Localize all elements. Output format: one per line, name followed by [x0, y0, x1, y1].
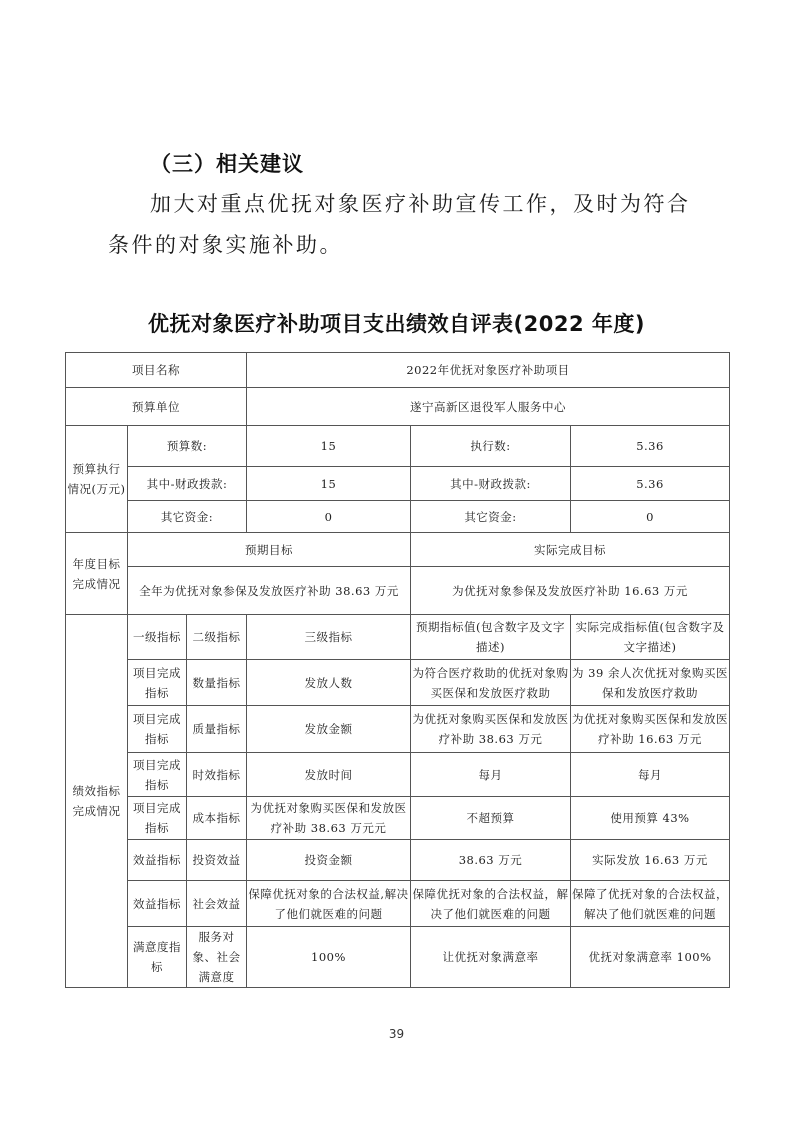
- indicator-row-quality: 项目完成指标 质量指标 发放金额 为优抚对象购买医保和发放医疗补助 38.63 …: [66, 706, 730, 753]
- indicator-row-cost: 项目完成指标 成本指标 为优抚对象购买医保和发放医疗补助 38.63 万元元 不…: [66, 797, 730, 840]
- actual-goal-header: 实际完成目标: [411, 533, 730, 567]
- level2: 社会效益: [187, 881, 247, 927]
- fiscal-exec-value: 5.36: [571, 467, 730, 501]
- level2: 时效指标: [187, 753, 247, 797]
- header-actual: 实际完成指标值(包含数字及文字描述): [571, 615, 730, 660]
- level2: 投资效益: [187, 840, 247, 881]
- level1: 项目完成指标: [128, 706, 187, 753]
- expected-value: 为优抚对象购买医保和发放医疗补助 38.63 万元: [411, 706, 571, 753]
- fiscal-budget-label: 其中-财政拨款:: [128, 467, 247, 501]
- budget-unit-row: 预算单位 遂宁高新区退役军人服务中心: [66, 388, 730, 426]
- budget-value: 15: [247, 426, 411, 467]
- indicator-row-satisfaction: 满意度指标 服务对象、社会满意度 100% 让优抚对象满意率 优抚对象满意率 1…: [66, 927, 730, 988]
- indicator-row-social: 效益指标 社会效益 保障优抚对象的合法权益,解决了他们就医难的问题 保障优抚对象…: [66, 881, 730, 927]
- performance-evaluation-table: 项目名称 2022年优抚对象医疗补助项目 预算单位 遂宁高新区退役军人服务中心 …: [65, 352, 730, 988]
- fiscal-budget-value: 15: [247, 467, 411, 501]
- expected-value: 38.63 万元: [411, 840, 571, 881]
- table-title: 优抚对象医疗补助项目支出绩效自评表(2022 年度): [0, 308, 793, 338]
- level3: 发放时间: [247, 753, 411, 797]
- actual-value: 实际发放 16.63 万元: [571, 840, 730, 881]
- other-exec-value: 0: [571, 501, 730, 533]
- execution-value: 5.36: [571, 426, 730, 467]
- indicator-row-quantity: 项目完成指标 数量指标 发放人数 为符合医疗救助的优抚对象购买医保和发放医疗救助…: [66, 660, 730, 706]
- annual-goal-header-row: 年度目标完成情况 预期目标 实际完成目标: [66, 533, 730, 567]
- other-budget-value: 0: [247, 501, 411, 533]
- indicator-header-row: 绩效指标完成情况 一级指标 二级指标 三级指标 预期指标值(包含数字及文字描述)…: [66, 615, 730, 660]
- indicator-row-timeliness: 项目完成指标 时效指标 发放时间 每月 每月: [66, 753, 730, 797]
- level2: 质量指标: [187, 706, 247, 753]
- level2: 服务对象、社会满意度: [187, 927, 247, 988]
- header-level1: 一级指标: [128, 615, 187, 660]
- actual-value: 保障了优抚对象的合法权益，解决了他们就医难的问题: [571, 881, 730, 927]
- budget-row: 预算执行情况(万元) 预算数: 15 执行数: 5.36: [66, 426, 730, 467]
- project-name-row: 项目名称 2022年优抚对象医疗补助项目: [66, 353, 730, 388]
- annual-goal-label: 年度目标完成情况: [66, 533, 128, 615]
- actual-value: 为 39 余人次优抚对象购买医保和发放医疗救助: [571, 660, 730, 706]
- actual-value: 使用预算 43%: [571, 797, 730, 840]
- project-name-label: 项目名称: [66, 353, 247, 388]
- actual-value: 每月: [571, 753, 730, 797]
- execution-label: 执行数:: [411, 426, 571, 467]
- actual-goal-value: 为优抚对象参保及发放医疗补助 16.63 万元: [411, 567, 730, 615]
- other-budget-label: 其它资金:: [128, 501, 247, 533]
- expected-value: 保障优抚对象的合法权益，解决了他们就医难的问题: [411, 881, 571, 927]
- level2: 成本指标: [187, 797, 247, 840]
- annual-goal-value-row: 全年为优抚对象参保及发放医疗补助 38.63 万元 为优抚对象参保及发放医疗补助…: [66, 567, 730, 615]
- section-heading: （三）相关建议: [150, 148, 304, 178]
- level3: 投资金额: [247, 840, 411, 881]
- budget-unit-value: 遂宁高新区退役军人服务中心: [247, 388, 730, 426]
- level1: 效益指标: [128, 840, 187, 881]
- expected-goal-value: 全年为优抚对象参保及发放医疗补助 38.63 万元: [128, 567, 411, 615]
- level3: 发放人数: [247, 660, 411, 706]
- project-name-value: 2022年优抚对象医疗补助项目: [247, 353, 730, 388]
- level3: 为优抚对象购买医保和发放医疗补助 38.63 万元元: [247, 797, 411, 840]
- level1: 项目完成指标: [128, 797, 187, 840]
- expected-value: 为符合医疗救助的优抚对象购买医保和发放医疗救助: [411, 660, 571, 706]
- recommendation-paragraph: 加大对重点优抚对象医疗补助宣传工作，及时为符合条件的对象实施补助。: [108, 184, 708, 266]
- header-expected: 预期指标值(包含数字及文字描述): [411, 615, 571, 660]
- level1: 项目完成指标: [128, 660, 187, 706]
- level2: 数量指标: [187, 660, 247, 706]
- budget-unit-label: 预算单位: [66, 388, 247, 426]
- fiscal-allocation-row: 其中-财政拨款: 15 其中-财政拨款: 5.36: [66, 467, 730, 501]
- performance-label: 绩效指标完成情况: [66, 615, 128, 988]
- budget-label: 预算数:: [128, 426, 247, 467]
- actual-value: 优抚对象满意率 100%: [571, 927, 730, 988]
- page-number: 39: [0, 1027, 793, 1041]
- expected-goal-header: 预期目标: [128, 533, 411, 567]
- budget-execution-label: 预算执行情况(万元): [66, 426, 128, 533]
- level3: 发放金额: [247, 706, 411, 753]
- other-exec-label: 其它资金:: [411, 501, 571, 533]
- fiscal-exec-label: 其中-财政拨款:: [411, 467, 571, 501]
- expected-value: 让优抚对象满意率: [411, 927, 571, 988]
- indicator-row-investment: 效益指标 投资效益 投资金额 38.63 万元 实际发放 16.63 万元: [66, 840, 730, 881]
- expected-value: 每月: [411, 753, 571, 797]
- level3: 100%: [247, 927, 411, 988]
- actual-value: 为优抚对象购买医保和发放医疗补助 16.63 万元: [571, 706, 730, 753]
- level1: 效益指标: [128, 881, 187, 927]
- level1: 项目完成指标: [128, 753, 187, 797]
- header-level2: 二级指标: [187, 615, 247, 660]
- expected-value: 不超预算: [411, 797, 571, 840]
- header-level3: 三级指标: [247, 615, 411, 660]
- other-funds-row: 其它资金: 0 其它资金: 0: [66, 501, 730, 533]
- level1: 满意度指标: [128, 927, 187, 988]
- level3: 保障优抚对象的合法权益,解决了他们就医难的问题: [247, 881, 411, 927]
